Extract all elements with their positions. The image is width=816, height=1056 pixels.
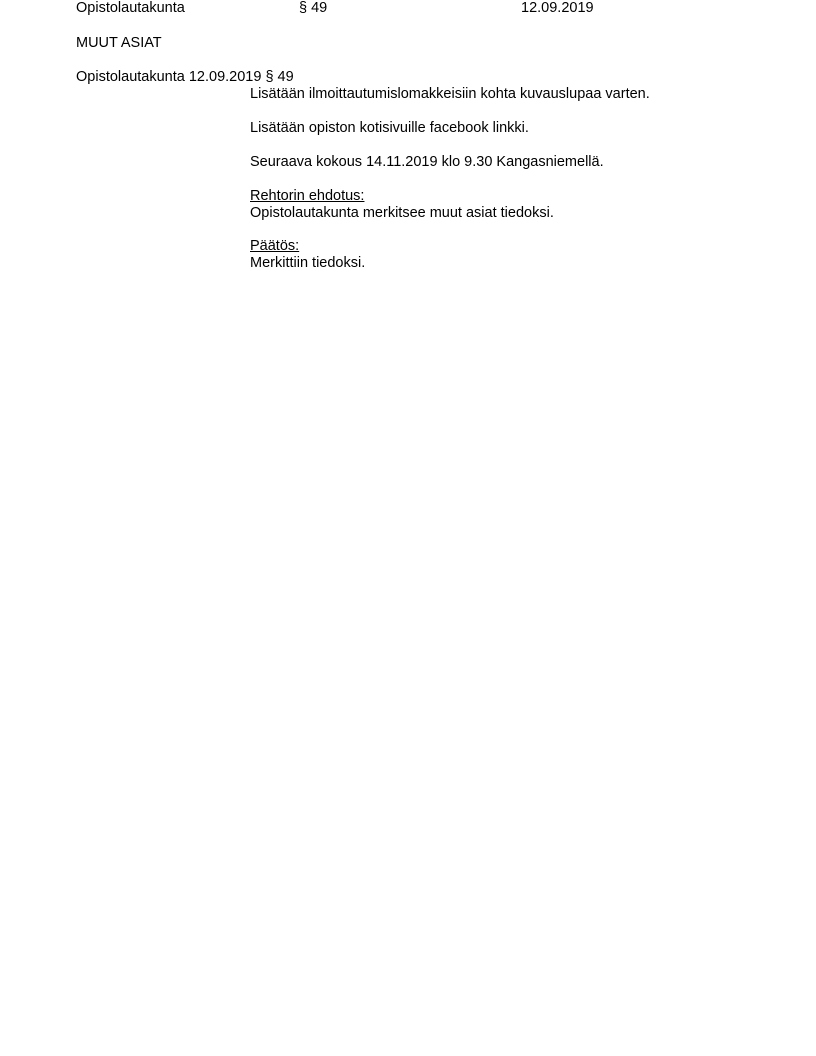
page-title: MUUT ASIAT	[76, 35, 162, 52]
header-committee: Opistolautakunta	[76, 0, 185, 17]
proposal-heading: Rehtorin ehdotus:	[250, 188, 364, 205]
proposal-text: Opistolautakunta merkitsee muut asiat ti…	[250, 205, 554, 222]
body-item: Lisätään ilmoittautumislomakkeisiin koht…	[250, 86, 650, 103]
decision-heading: Päätös:	[250, 238, 299, 255]
body-item: Lisätään opiston kotisivuille facebook l…	[250, 120, 529, 137]
meeting-reference: Opistolautakunta 12.09.2019 § 49	[76, 69, 294, 86]
header-section: § 49	[299, 0, 327, 17]
body-item: Seuraava kokous 14.11.2019 klo 9.30 Kang…	[250, 154, 604, 171]
header-date: 12.09.2019	[521, 0, 594, 17]
decision-text: Merkittiin tiedoksi.	[250, 255, 365, 272]
